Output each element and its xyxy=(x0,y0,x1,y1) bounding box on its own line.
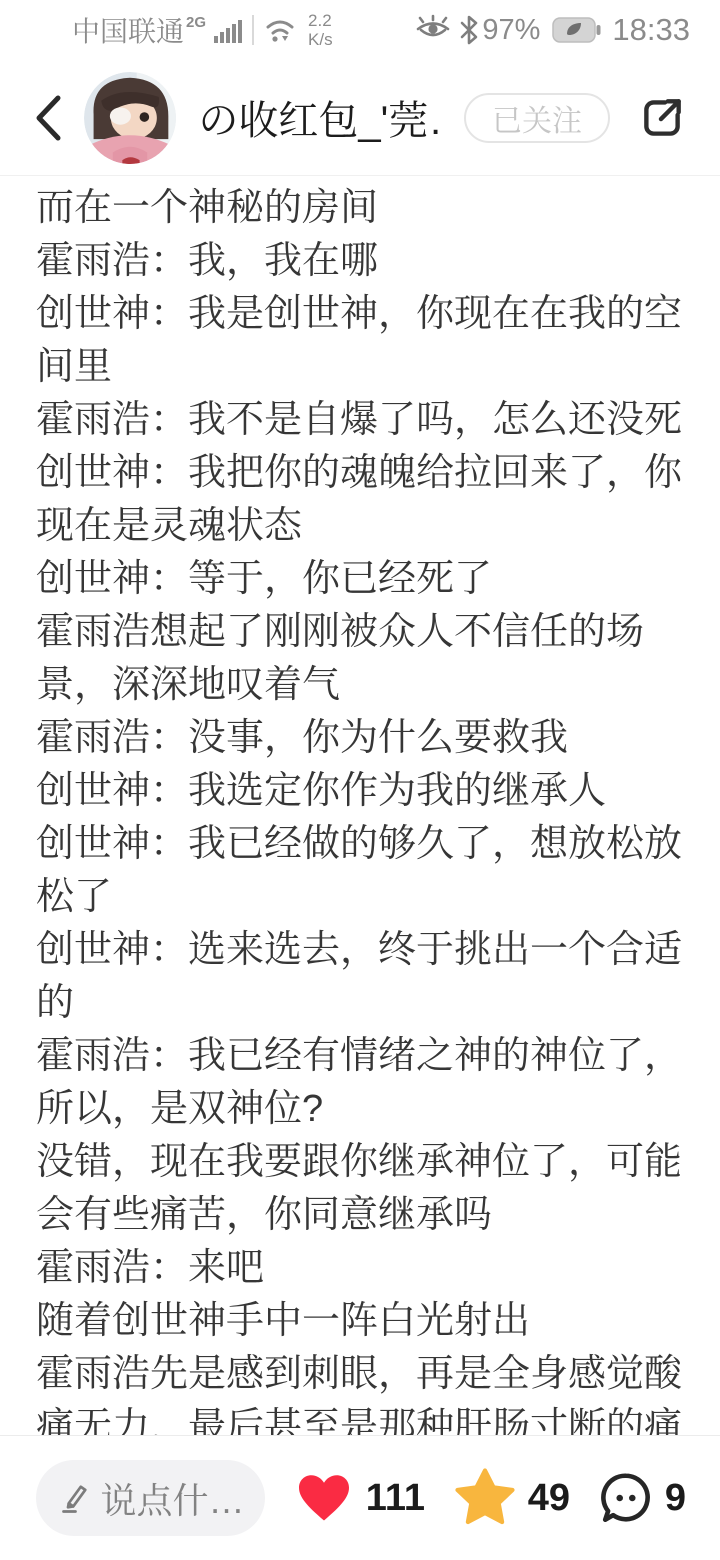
favorite-count: 49 xyxy=(528,1477,570,1520)
comment-bubble-icon xyxy=(597,1469,655,1527)
page-title: の收红包_'莞… xyxy=(198,89,444,146)
network-type-label: 2G xyxy=(186,14,206,31)
star-icon xyxy=(452,1466,518,1530)
story-paragraph: 霍雨浩：我，我在哪 xyxy=(36,235,684,288)
speed-value: 2.2 xyxy=(308,11,333,30)
status-right: 97% 18:33 xyxy=(408,12,690,48)
followed-button[interactable]: 已关注 xyxy=(464,93,610,143)
back-button[interactable] xyxy=(32,94,68,142)
share-button[interactable] xyxy=(636,92,688,144)
story-content: 而在一个神秘的房间霍雨浩：我，我在哪创世神：我是创世神，你现在在我的空间里霍雨浩… xyxy=(0,177,720,1560)
bluetooth-icon xyxy=(458,14,480,46)
story-paragraph: 创世神：我把你的魂魄给拉回来了，你现在是灵魂状态 xyxy=(36,447,684,553)
story-paragraph: 创世神：选来选去，终于挑出一个合适的 xyxy=(36,924,684,1030)
battery-icon xyxy=(552,15,604,45)
story-paragraph: 霍雨浩：没事，你为什么要救我 xyxy=(36,712,684,765)
followed-label: 已关注 xyxy=(492,96,582,140)
story-paragraph: 霍雨浩：我已经有情绪之神的神位了，所以，是双神位? xyxy=(36,1030,684,1136)
story-paragraph: 创世神：我是创世神，你现在在我的空间里 xyxy=(36,288,684,394)
author-avatar[interactable] xyxy=(84,72,176,164)
story-paragraph: 随着创世神手中一阵白光射出 xyxy=(36,1295,684,1348)
header: の收红包_'莞… 已关注 xyxy=(0,60,720,176)
story-paragraph: 没错，现在我要跟你继承神位了，可能会有些痛苦，你同意继承吗 xyxy=(36,1136,684,1242)
story-paragraph: 霍雨浩想起了刚刚被众人不信任的场景，深深地叹着气 xyxy=(36,606,684,712)
story-paragraph: 霍雨浩：来吧 xyxy=(36,1242,684,1295)
status-bar: 中国联通2G 2.2 xyxy=(0,0,720,60)
comment-placeholder: 说点什… xyxy=(100,1473,244,1524)
signal-bars-icon xyxy=(212,15,246,45)
bottom-bar: 说点什… 111 49 9 xyxy=(0,1435,720,1560)
comment-input[interactable]: 说点什… xyxy=(36,1460,265,1536)
comment-count: 9 xyxy=(665,1477,686,1520)
avatar-image xyxy=(84,72,176,164)
clock-label: 18:33 xyxy=(612,12,690,48)
app-screen: 中国联通2G 2.2 xyxy=(0,0,720,1560)
speed-unit: K/s xyxy=(308,30,333,49)
like-button[interactable]: 111 xyxy=(292,1468,425,1528)
story-paragraph: 创世神：等于，你已经死了 xyxy=(36,553,684,606)
edit-pencil-icon xyxy=(56,1480,92,1516)
favorite-button[interactable]: 49 xyxy=(452,1466,570,1530)
like-count: 111 xyxy=(366,1477,425,1520)
comments-button[interactable]: 9 xyxy=(597,1469,686,1527)
story-paragraph: 创世神：我选定你作为我的继承人 xyxy=(36,765,684,818)
carrier-label: 中国联通 xyxy=(72,10,184,50)
eye-comfort-icon xyxy=(414,13,452,47)
story-paragraph: 霍雨浩：我不是自爆了吗，怎么还没死 xyxy=(36,394,684,447)
network-speed: 2.2 K/s xyxy=(308,11,333,49)
share-icon xyxy=(637,93,687,143)
story-paragraph: 而在一个神秘的房间 xyxy=(36,182,684,235)
heart-icon xyxy=(292,1468,356,1528)
wifi-icon xyxy=(260,13,300,47)
battery-percent-label: 97% xyxy=(482,14,540,47)
status-divider xyxy=(252,15,254,45)
back-chevron-icon xyxy=(32,92,64,144)
story-paragraph: 创世神：我已经做的够久了，想放松放松了 xyxy=(36,818,684,924)
status-left: 中国联通2G 2.2 xyxy=(72,10,333,50)
